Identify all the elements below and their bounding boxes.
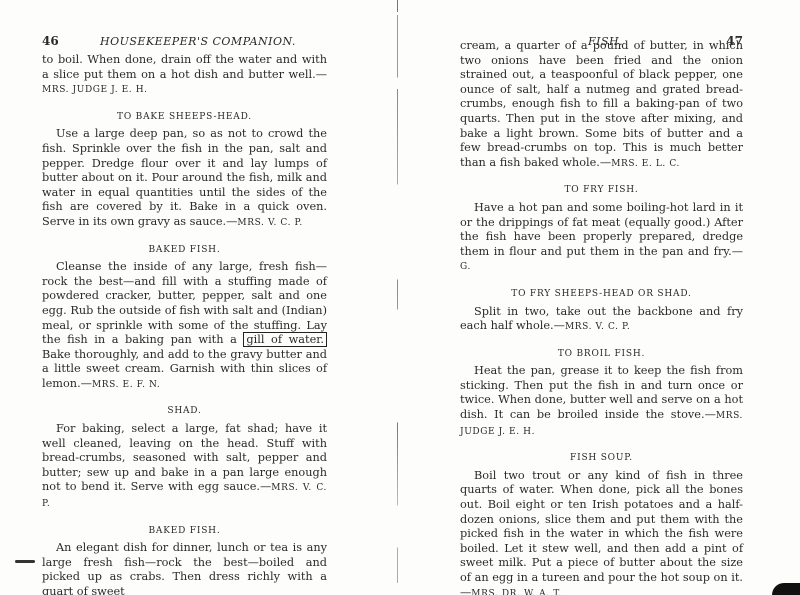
page-number: 46 [42,34,59,48]
signature: MRS. E. L. C. [611,159,680,169]
recipe-text: Cleanse the inside of any large, fresh f… [42,260,327,392]
signature: MRS. V. C. P. [565,322,630,332]
recipe-text: Use a large deep pan, so as not to crowd… [42,127,327,230]
continuation-paragraph: cream, a quarter of a pound of butter, i… [460,39,743,171]
left-page-body: to boil. When done, drain off the water … [42,53,327,595]
signature: MRS. E. F. N. [92,380,160,390]
signature: MRS. V. C. P. [237,218,302,228]
recipe-text: Have a hot pan and some boiling-hot lard… [460,201,743,275]
recipe-text: Split in two, take out the backbone and … [460,305,743,335]
recipe-text: Heat the pan, grease it to keep the fish… [460,364,743,439]
running-head: HOUSEKEEPER'S COMPANION. [100,35,296,48]
recipe-title: FISH SOUP. [460,451,743,466]
signature: MRS. JUDGE J. E. H. [42,85,148,95]
right-page-body: cream, a quarter of a pound of butter, i… [460,39,743,595]
recipe-title: TO FRY FISH. [460,183,743,198]
highlighted-phrase: gill of water. [243,332,327,347]
left-page: 46 HOUSEKEEPER'S COMPANION. to boil. Whe… [0,0,385,595]
signature: MRS. DR. W. A. T. [471,589,562,595]
recipe-title: TO FRY SHEEPS-HEAD OR SHAD. [460,287,743,302]
recipe-text: Boil two trout or any kind of fish in th… [460,469,743,595]
recipe-title: TO BROIL FISH. [460,347,743,362]
scan-mark [772,583,800,595]
recipe-title: SHAD. [42,404,327,419]
continuation-paragraph: to boil. When done, drain off the water … [42,53,327,98]
recipe-text: An elegant dish for dinner, lunch or tea… [42,541,327,595]
recipe-title: BAKED FISH. [42,243,327,258]
scan-mark [15,560,35,563]
right-page: FISH. 47 cream, a quarter of a pound of … [385,0,800,595]
recipe-text: For baking, select a large, fat shad; ha… [42,422,327,512]
signature: G. [460,262,471,272]
recipe-title: BAKED FISH. [42,524,327,539]
recipe-title: TO BAKE SHEEPS-HEAD. [42,110,327,125]
